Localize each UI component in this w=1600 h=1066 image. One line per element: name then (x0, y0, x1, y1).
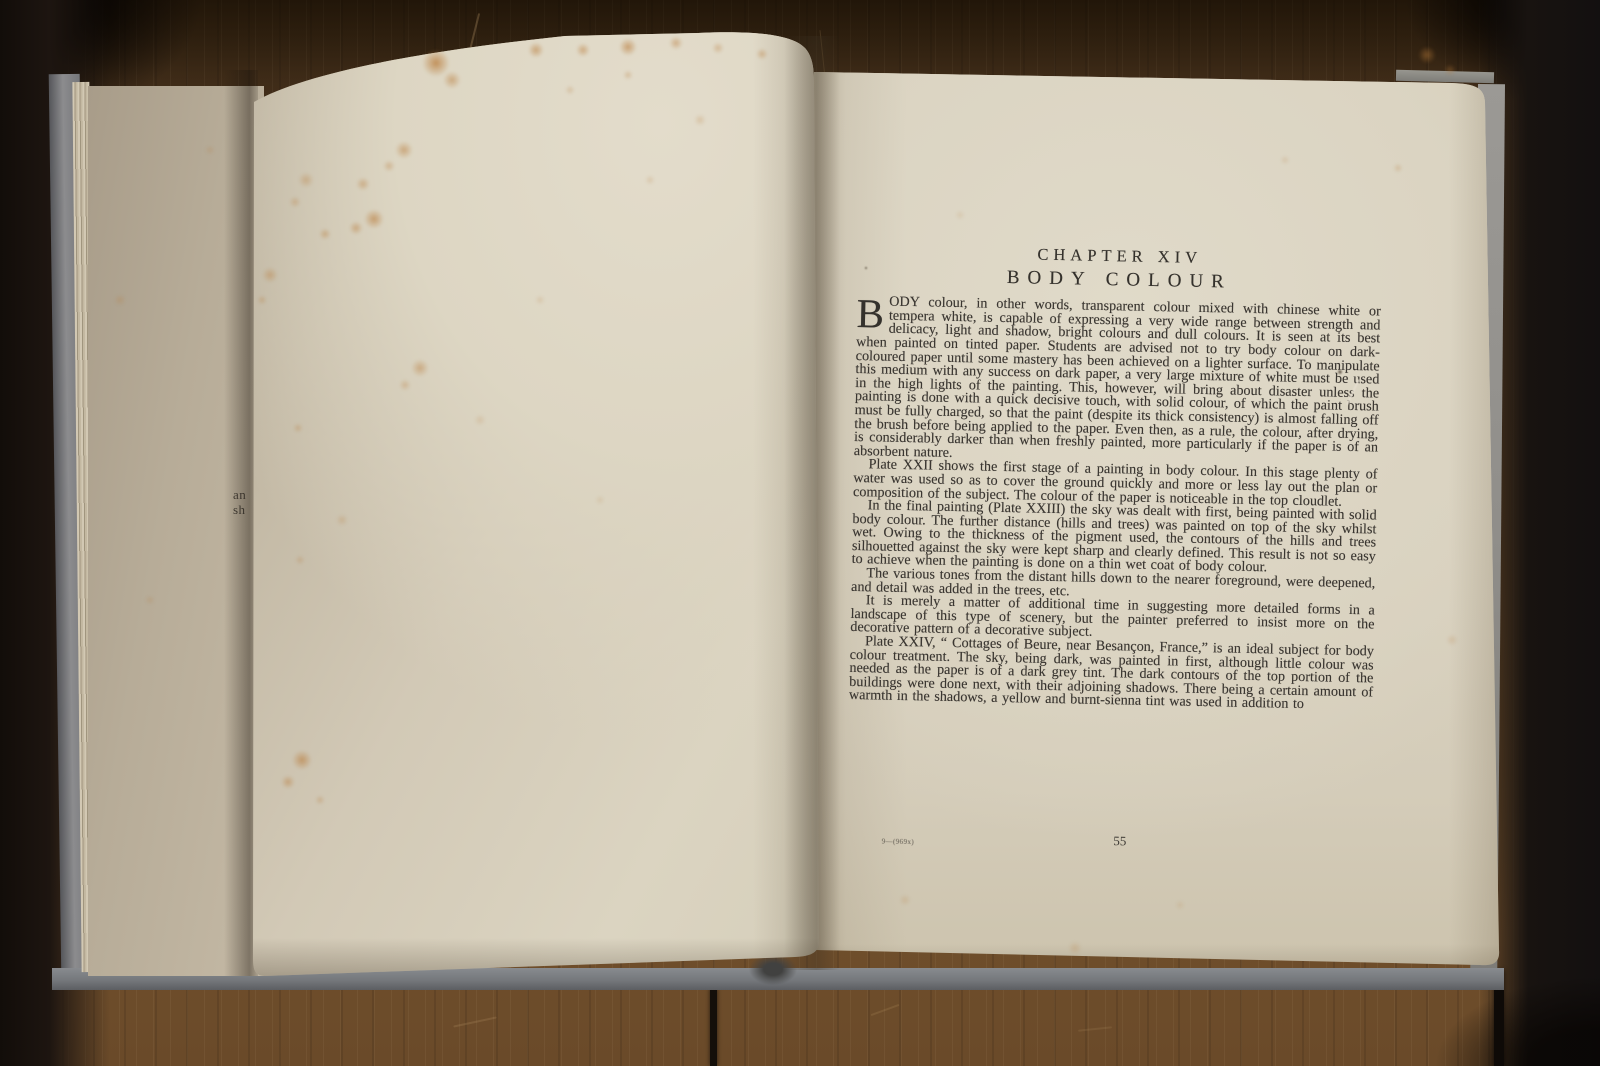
chapter-heading: CHAPTER XIV (858, 244, 1382, 268)
page-number: 55 (858, 828, 1382, 855)
left-page (243, 28, 823, 980)
wood-scratch (453, 1016, 496, 1027)
wood-scratch (1078, 1026, 1112, 1032)
page-footer: 9—(969x) 55 (858, 828, 1382, 863)
paragraphs: BODY colour, in other words, transparent… (849, 295, 1381, 713)
drop-cap: B (856, 295, 889, 331)
chapter-title: BODY COLOUR (857, 268, 1381, 292)
body-paragraph: BODY colour, in other words, transparent… (854, 295, 1381, 469)
photo-of-open-book: an sh CHAPTER XIV BODY COLOUR BODY colou… (0, 0, 1600, 1066)
wood-scratch (871, 1004, 900, 1016)
right-page: CHAPTER XIV BODY COLOUR BODY colour, in … (812, 50, 1504, 978)
gutter-shadow (784, 36, 840, 970)
body-paragraph: Plate XXIV, “ Cottages of Beure, near Be… (849, 635, 1374, 713)
printed-text-block: CHAPTER XIV BODY COLOUR BODY colour, in … (849, 244, 1382, 713)
plank-gap (710, 988, 717, 1066)
page-lift-shadow (224, 70, 258, 976)
